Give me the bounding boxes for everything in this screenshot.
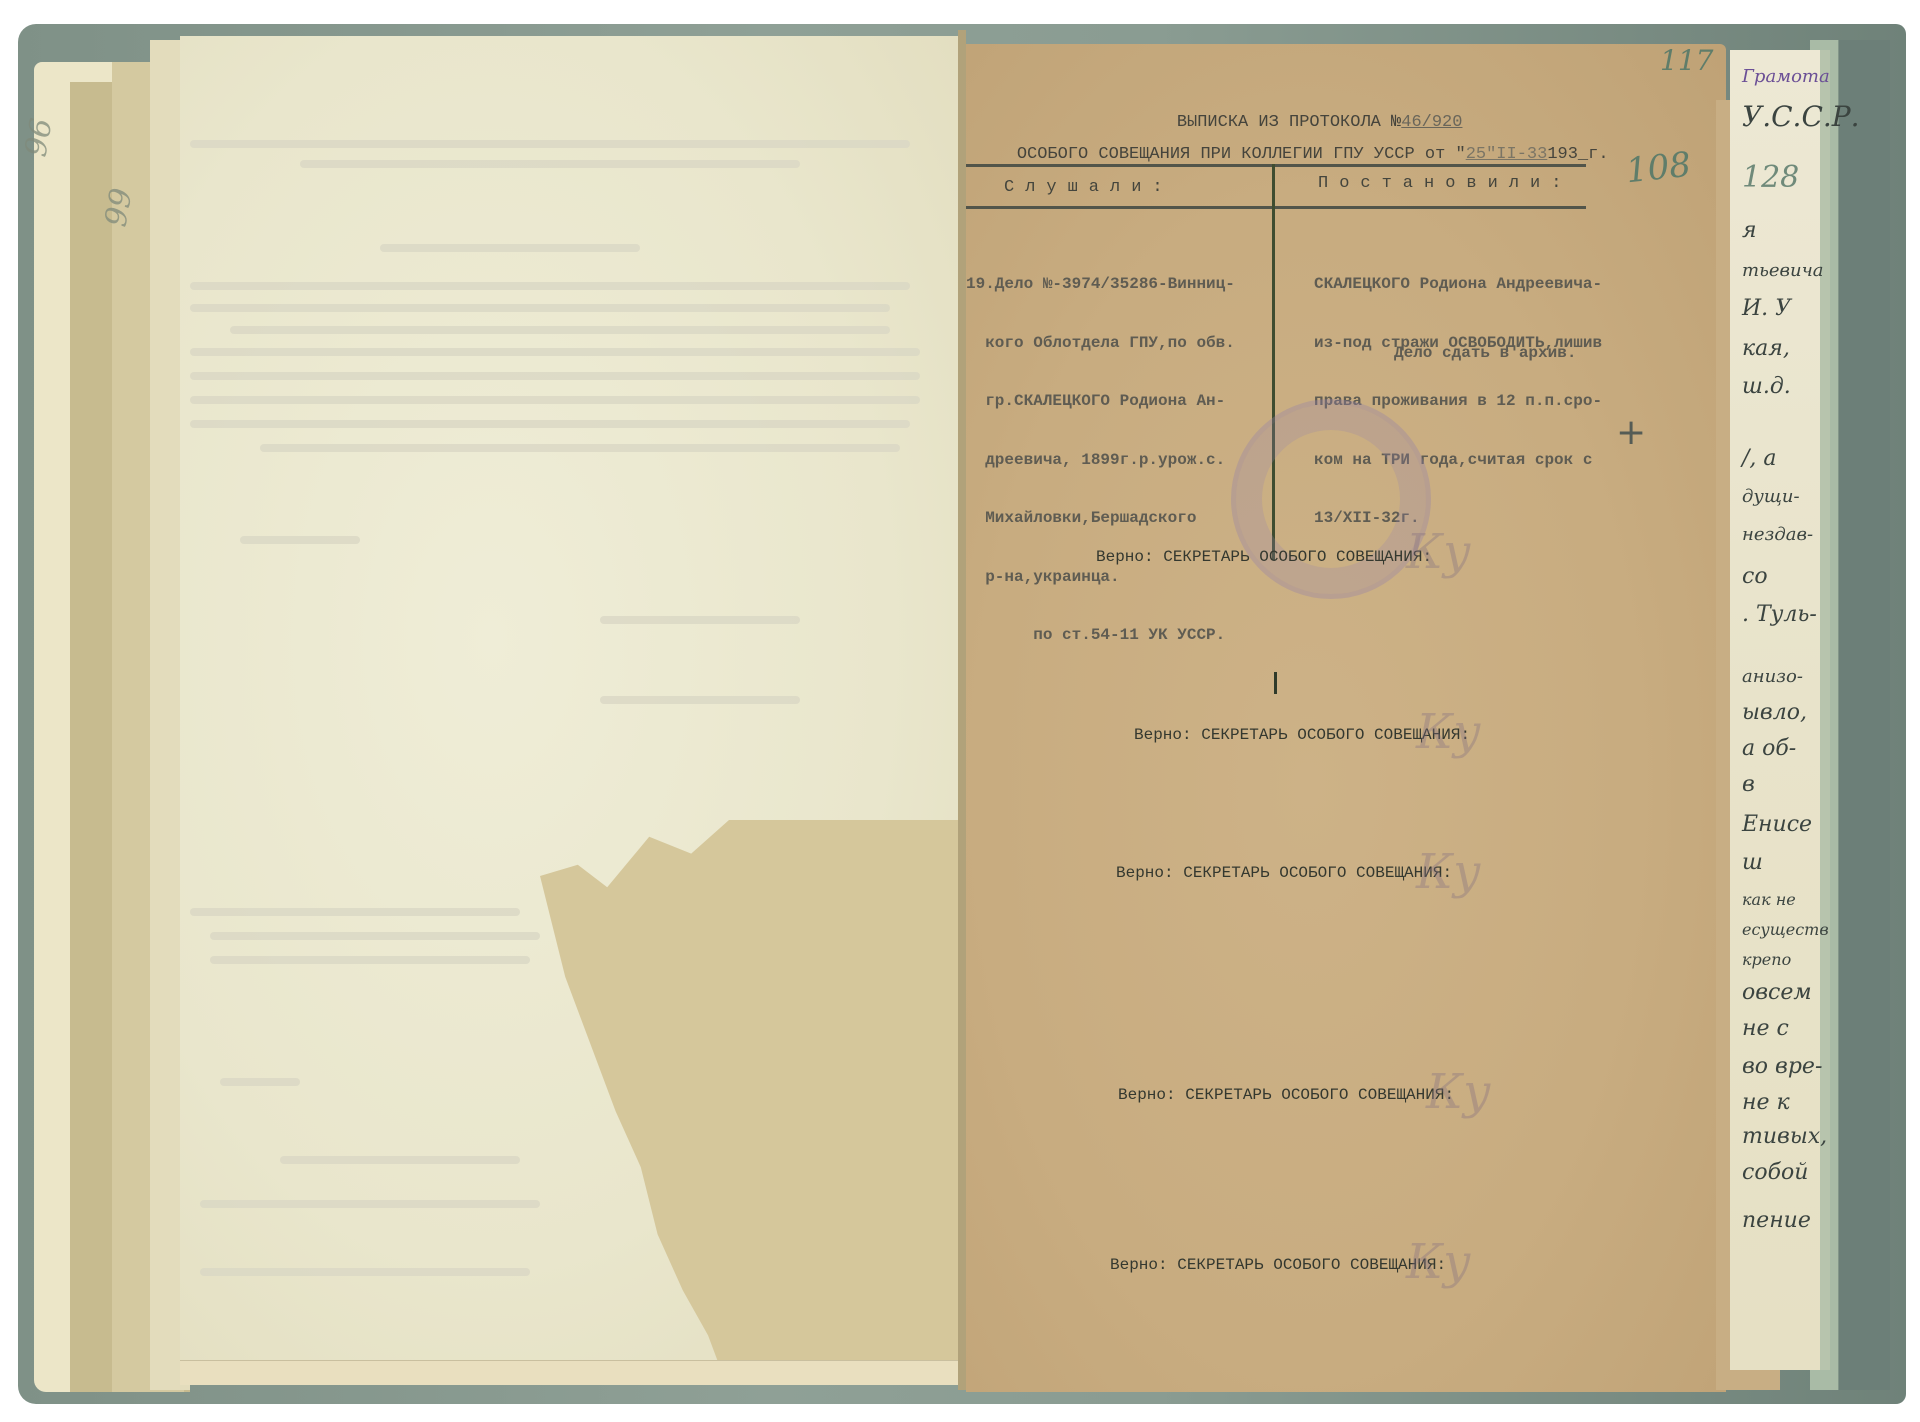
- handwritten-sheet: Грамота У.С.С.Р. 128 я тьевича И. У кая,…: [1730, 50, 1830, 1370]
- signature: Ку: [1416, 844, 1481, 900]
- faded-text-line: [190, 372, 920, 380]
- folio-number: 108: [1624, 145, 1693, 192]
- binding-spine: [958, 30, 966, 1390]
- heard-case-text: 19.Дело №-3974/35286-Винниц- кого Облотд…: [966, 236, 1235, 685]
- signature: Ку: [1426, 1064, 1491, 1120]
- certification-line: Верно: СЕКРЕТАРЬ ОСОБОГО СОВЕЩАНИЯ:: [1096, 548, 1432, 566]
- left-margin-folio: 99: [99, 186, 140, 230]
- faded-text-line: [600, 696, 800, 704]
- faded-text-line: [190, 348, 920, 356]
- faded-text-line: [190, 304, 890, 312]
- faded-text-line: [240, 536, 360, 544]
- column-heard: Слушали:: [1004, 178, 1174, 197]
- cross-mark: +: [1616, 412, 1646, 453]
- protocol-date: 25"II-33: [1466, 145, 1548, 164]
- table-rule-header: [966, 206, 1586, 209]
- faded-text-line: [380, 244, 640, 252]
- faded-text-line: [190, 282, 910, 290]
- certification-line: Верно: СЕКРЕТАРЬ ОСОБОГО СОВЕЩАНИЯ:: [1110, 1256, 1446, 1274]
- faded-text-line: [190, 420, 910, 428]
- signature: Ку: [1416, 704, 1481, 760]
- signature: Ку: [1406, 524, 1471, 580]
- table-rule-top: [966, 164, 1586, 167]
- faded-text-line: [190, 140, 910, 148]
- faded-text-line: [600, 616, 800, 624]
- certification-line: Верно: СЕКРЕТАРЬ ОСОБОГО СОВЕЩАНИЯ:: [1116, 864, 1452, 882]
- faded-text-line: [260, 444, 900, 452]
- page-bottom-edge: [180, 1360, 960, 1385]
- faded-text-line: [220, 1078, 300, 1086]
- faded-text-line: [190, 396, 920, 404]
- faded-text-line: [230, 326, 890, 334]
- faded-handwriting: [200, 1200, 540, 1208]
- archive-note: Дело сдать в архив.: [1394, 344, 1576, 364]
- faded-text-line: [190, 908, 520, 916]
- faded-handwriting: [200, 1268, 530, 1276]
- certification-line: Верно: СЕКРЕТАРЬ ОСОБОГО СОВЕЩАНИЯ:: [1118, 1086, 1454, 1104]
- faded-handwriting: [280, 1156, 520, 1164]
- round-stamp: [1231, 399, 1431, 599]
- tick-mark: [1274, 672, 1277, 694]
- faded-text-line: [210, 932, 540, 940]
- column-decided: Постановили:: [1318, 174, 1572, 193]
- protocol-extract-page: ВЫПИСКА ИЗ ПРОТОКОЛА №46/920 ОСОБОГО СОВ…: [966, 44, 1726, 1392]
- signature: Ку: [1406, 1234, 1471, 1290]
- left-margin-folio: 96: [19, 116, 60, 160]
- faded-text-line: [210, 956, 530, 964]
- faded-text-line: [300, 160, 800, 168]
- folio-number-top: 117: [1660, 44, 1713, 77]
